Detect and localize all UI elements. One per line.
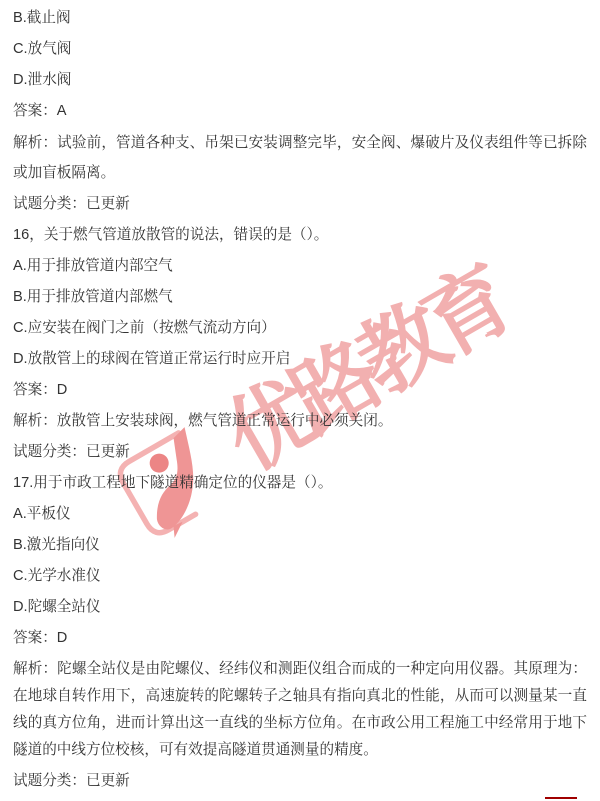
q17-option-a: A.平板仪 <box>13 499 587 530</box>
page-edge-red-dash <box>545 797 577 799</box>
q16-category: 试题分类：已更新 <box>13 437 587 468</box>
q16-option-c: C.应安装在阀门之前（按燃气流动方向） <box>13 313 587 344</box>
q15-option-d: D.泄水阀 <box>13 65 587 96</box>
q15-option-b: B.截止阀 <box>13 3 587 34</box>
q17-option-d: D.陀螺全站仪 <box>13 592 587 623</box>
q17-analysis: 解析：陀螺全站仪是由陀螺仪、经纬仪和测距仪组合而成的一种定向用仪器。其原理为：在… <box>13 656 587 764</box>
q16-option-a: A.用于排放管道内部空气 <box>13 251 587 282</box>
q15-analysis: 解析：试验前，管道各种支、吊架已安装调整完毕，安全阀、爆破片及仪表组件等已拆除或… <box>13 128 587 188</box>
q17-answer: 答案：D <box>13 623 587 654</box>
q16-answer: 答案：D <box>13 375 587 406</box>
q15-answer: 答案：A <box>13 96 587 127</box>
q15-category: 试题分类：已更新 <box>13 189 587 220</box>
q15-option-c: C.放气阀 <box>13 34 587 65</box>
q17-stem: 17.用于市政工程地下隧道精确定位的仪器是（）。 <box>13 468 587 499</box>
q16-option-d: D.放散管上的球阀在管道正常运行时应开启 <box>13 344 587 375</box>
q16-analysis: 解析：放散管上安装球阀，燃气管道正常运行中必须关闭。 <box>13 406 587 437</box>
q17-category: 试题分类：已更新 <box>13 766 587 797</box>
q17-option-c: C.光学水准仪 <box>13 561 587 592</box>
q16-stem: 16，关于燃气管道放散管的说法，错误的是（）。 <box>13 220 587 251</box>
exam-document: B.截止阀 C.放气阀 D.泄水阀 答案：A 解析：试验前，管道各种支、吊架已安… <box>0 0 600 801</box>
q17-option-b: B.激光指向仪 <box>13 530 587 561</box>
q16-option-b: B.用于排放管道内部燃气 <box>13 282 587 313</box>
